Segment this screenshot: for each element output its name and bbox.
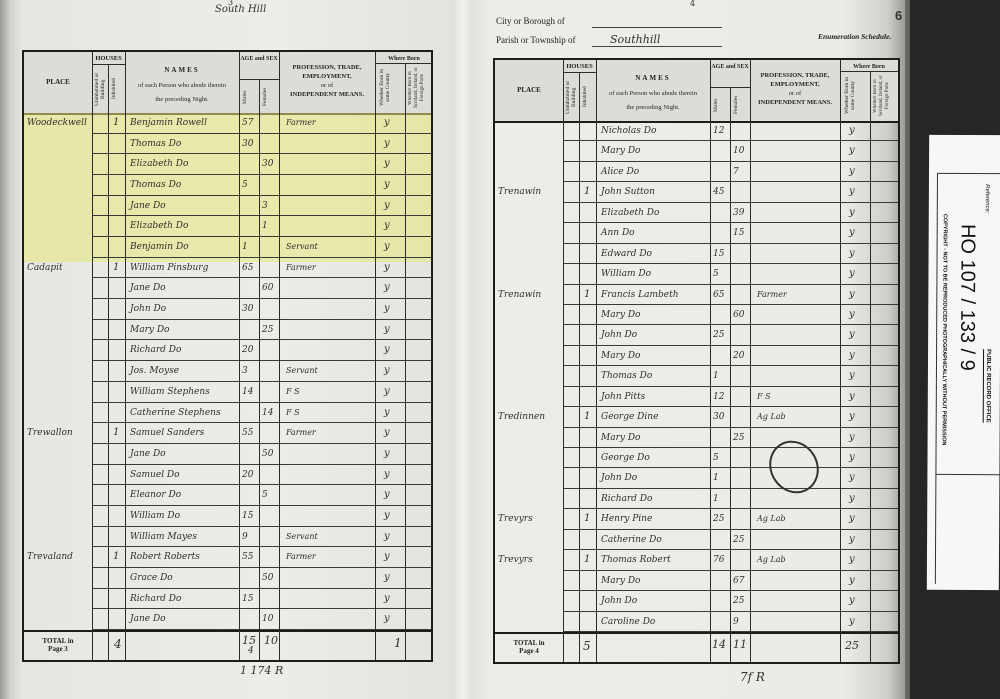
total-label-1: TOTAL in (24, 637, 92, 645)
right-census-table: PLACE HOUSES Uninhabited or Building Inh… (493, 58, 900, 664)
name-cell: John Do (601, 330, 637, 340)
male-age-cell: 55 (242, 552, 253, 562)
females-header: Females (262, 84, 276, 110)
table-row: Trenawin1Francis Lambeth65Farmery (495, 285, 898, 305)
name-cell: Richard Do (130, 594, 181, 604)
profession-cell: Ag Lab (757, 514, 786, 523)
same-county-cell: y (849, 186, 855, 197)
table-row: Cadapit1William Pinsburg65Farmery (24, 258, 431, 279)
table-row: Elizabeth Do30y (24, 154, 431, 175)
houses-header: HOUSES (563, 63, 596, 71)
name-cell: George Do (601, 453, 650, 463)
table-row: Benjamin Do1Servanty (24, 237, 431, 258)
female-age-cell: 9 (733, 617, 739, 627)
parish-township-field (592, 46, 722, 47)
table-row: Trewallon1Samuel Sanders55Farmery (24, 423, 431, 444)
name-cell: William Stephens (130, 387, 210, 397)
male-age-cell: 30 (242, 304, 253, 314)
total-inhabited: 4 (114, 637, 122, 651)
female-age-cell: 60 (733, 310, 744, 320)
profession-cell: F S (757, 392, 771, 401)
same-county-cell: y (384, 365, 390, 376)
table-row: Catherine Do25y (495, 530, 898, 550)
parish-township-label: Parish or Township of (496, 35, 575, 45)
table-row: Mary Do10y (495, 141, 898, 161)
male-age-cell: 30 (713, 412, 724, 422)
name-cell: Grace Do (130, 573, 173, 583)
profession-header-1: PROFESSION, TRADE, (279, 64, 375, 72)
male-age-cell: 25 (713, 330, 724, 340)
female-age-cell: 60 (262, 283, 273, 293)
same-county-cell: y (849, 493, 855, 504)
same-county-cell: y (849, 391, 855, 402)
inhabited-cell: 1 (113, 117, 119, 128)
names-subheader-1: of each Person who abode therein (125, 82, 239, 90)
place-cell: Cadapit (27, 263, 63, 273)
name-cell: Thomas Robert (601, 555, 671, 565)
table-row: Trevyrs1Thomas Robert76Ag Laby (495, 550, 898, 570)
same-county-cell: y (849, 145, 855, 156)
inhabited-cell: 1 (584, 186, 590, 197)
same-county-cell: y (849, 227, 855, 238)
inhabited-cell: 1 (584, 289, 590, 300)
female-age-cell: 10 (262, 614, 273, 624)
same-county-cell: y (849, 350, 855, 361)
name-cell: William Mayes (130, 532, 197, 542)
place-cell: Trevaland (27, 552, 73, 562)
profession-header-2: EMPLOYMENT, (279, 73, 375, 81)
name-cell: Samuel Do (130, 470, 180, 480)
profession-cell: Farmer (286, 428, 316, 437)
name-cell: Samuel Sanders (130, 428, 204, 438)
same-county-cell: y (849, 268, 855, 279)
male-age-cell: 30 (242, 139, 253, 149)
place-cell: Tredinnen (498, 412, 545, 422)
male-age-cell: 55 (242, 428, 253, 438)
male-age-cell: 12 (713, 126, 724, 136)
male-age-cell: 15 (242, 594, 253, 604)
name-cell: Mary Do (601, 310, 640, 320)
name-cell: William Pinsburg (130, 263, 208, 273)
name-cell: Mary Do (601, 351, 640, 361)
table-row: Nicholas Do12y (495, 121, 898, 141)
same-county-cell: y (849, 125, 855, 136)
name-cell: John Sutton (601, 187, 655, 197)
inhabited-cell: 1 (113, 551, 119, 562)
profession-cell: F S (286, 387, 300, 396)
same-county-cell: y (849, 472, 855, 483)
name-cell: Thomas Do (130, 180, 181, 190)
table-row: Trevaland1Robert Roberts55Farmery (24, 547, 431, 568)
inhabited-cell: 1 (584, 554, 590, 565)
total-same-county: 25 (845, 639, 859, 652)
name-cell: Catherine Stephens (130, 408, 221, 418)
names-subheader-1: of each Person who abode therein (596, 90, 710, 98)
same-county-cell: y (849, 309, 855, 320)
female-age-cell: 25 (262, 325, 273, 335)
table-row: Jane Do50y (24, 444, 431, 465)
foreign-parts-header: Whether Born in Scotland, Ireland, or Fo… (873, 74, 895, 118)
name-cell: Jane Do (130, 283, 166, 293)
female-age-cell: 5 (262, 490, 268, 500)
name-cell: John Do (601, 596, 637, 606)
inhabited-cell: 1 (113, 262, 119, 273)
age-sex-header: AGE and SEX (239, 55, 279, 63)
name-cell: Henry Pine (601, 514, 652, 524)
table-row: Thomas Do1y (495, 366, 898, 386)
table-row: Mary Do20y (495, 346, 898, 366)
profession-header-3: or of (750, 90, 840, 98)
table-row: Ann Do15y (495, 223, 898, 243)
name-cell: Benjamin Do (130, 242, 189, 252)
names-header: NAMES (596, 74, 710, 82)
male-age-cell: 1 (713, 494, 719, 504)
left-census-table: PLACE HOUSES Uninhabited or Building Inh… (22, 50, 433, 662)
place-cell: Trenawin (498, 290, 541, 300)
name-cell: Jane Do (130, 614, 166, 624)
name-cell: Nicholas Do (601, 126, 656, 136)
table-row: William Mayes9Servanty (24, 527, 431, 548)
total-females: 11 (733, 638, 747, 651)
table-row: Elizabeth Do1y (24, 216, 431, 237)
female-age-cell: 15 (733, 228, 744, 238)
same-county-cell: y (384, 220, 390, 231)
name-cell: Robert Roberts (130, 552, 200, 562)
inhabited-header: Inhabited (111, 67, 123, 111)
name-cell: Elizabeth Do (130, 221, 188, 231)
same-county-cell: y (384, 572, 390, 583)
same-county-cell: y (849, 329, 855, 340)
same-county-cell: y (384, 138, 390, 149)
table-row: Caroline Do9y (495, 612, 898, 632)
houses-header: HOUSES (92, 55, 125, 63)
name-cell: Jane Do (130, 201, 166, 211)
left-footnote: 1 174 R (240, 664, 283, 677)
profession-cell: Servant (286, 366, 318, 375)
same-county-cell: y (849, 248, 855, 259)
male-age-cell: 9 (242, 532, 248, 542)
left-table-header: PLACE HOUSES Uninhabited or Building Inh… (24, 52, 431, 115)
name-cell: Jos. Moyse (130, 366, 179, 376)
table-row: Grace Do50y (24, 568, 431, 589)
name-cell: John Pitts (601, 392, 645, 402)
inhabited-cell: 1 (113, 427, 119, 438)
name-cell: Mary Do (601, 433, 640, 443)
male-age-cell: 20 (242, 345, 253, 355)
male-age-cell: 1 (242, 242, 248, 252)
name-cell: Richard Do (601, 494, 652, 504)
name-cell: Alice Do (601, 167, 639, 177)
name-cell: Elizabeth Do (601, 208, 659, 218)
male-age-cell: 25 (713, 514, 724, 524)
same-county-cell: y (384, 241, 390, 252)
name-cell: Ann Do (601, 228, 635, 238)
profession-cell: Ag Lab (757, 412, 786, 421)
table-row: Thomas Do5y (24, 175, 431, 196)
reference-code: HO 107 / 133 / 9 (955, 224, 979, 371)
male-age-cell: 5 (242, 180, 248, 190)
table-row: Jos. Moyse3Servanty (24, 361, 431, 382)
table-row: Thomas Do30y (24, 134, 431, 155)
female-age-cell: 7 (733, 167, 739, 177)
table-row: William Do15y (24, 506, 431, 527)
right-table-header: PLACE HOUSES Uninhabited or Building Inh… (495, 60, 898, 123)
place-cell: Woodeckwell (27, 118, 87, 128)
name-cell: Edward Do (601, 249, 652, 259)
male-age-cell: 20 (242, 470, 253, 480)
record-office-label: PUBLIC RECORD OFFICE (985, 349, 991, 423)
female-age-cell: 20 (733, 351, 744, 361)
names-subheader-2: the preceding Night. (596, 104, 710, 112)
table-row: Tredinnen1George Dine30Ag Laby (495, 407, 898, 427)
female-age-cell: 10 (733, 146, 744, 156)
where-born-header: Where Born (375, 55, 433, 63)
table-row: Richard Do20y (24, 340, 431, 361)
city-borough-label: City or Borough of (496, 16, 565, 26)
same-county-cell: y (384, 262, 390, 273)
total-inhabited: 5 (583, 639, 591, 653)
total-males-sub: 4 (248, 646, 254, 656)
uninhabited-header: Uninhabited or Building (565, 75, 577, 119)
table-row: Mary Do25y (24, 320, 431, 341)
male-age-cell: 12 (713, 392, 724, 402)
place-header: PLACE (24, 78, 92, 86)
parish-value: Southhill (610, 33, 660, 46)
name-cell: Jane Do (130, 449, 166, 459)
same-county-cell: y (849, 575, 855, 586)
name-cell: Francis Lambeth (601, 290, 678, 300)
left-total-row: TOTAL in Page 3 4 15 4 10 1 (24, 630, 431, 662)
scale-ruler (936, 474, 1000, 585)
copyright-notice: COPYRIGHT - NOT TO BE REPRODUCED PHOTOGR… (941, 214, 948, 445)
name-cell: Mary Do (130, 325, 169, 335)
male-age-cell: 5 (713, 269, 719, 279)
table-row: William Stephens14F Sy (24, 382, 431, 403)
table-row: Mary Do60y (495, 305, 898, 325)
same-county-cell: y (849, 554, 855, 565)
left-page-number: 3 (228, 0, 233, 7)
name-cell: Mary Do (601, 146, 640, 156)
names-subheader-2: the preceding Night. (125, 96, 239, 104)
same-county-cell: y (849, 166, 855, 177)
name-cell: William Do (601, 269, 651, 279)
male-age-cell: 65 (242, 263, 253, 273)
total-label-2: Page 4 (495, 647, 563, 655)
male-age-cell: 15 (713, 249, 724, 259)
place-cell: Trevyrs (498, 555, 533, 565)
profession-cell: Farmer (757, 290, 787, 299)
table-row: Jane Do3y (24, 196, 431, 217)
males-header: Males (713, 92, 727, 118)
same-county-cell: y (849, 432, 855, 443)
same-county-cell: y (849, 595, 855, 606)
place-cell: Trevyrs (498, 514, 533, 524)
same-county-cell: y (384, 200, 390, 211)
table-row: Mary Do67y (495, 571, 898, 591)
male-age-cell: 15 (242, 511, 253, 521)
name-cell: Elizabeth Do (130, 159, 188, 169)
place-cell: Trewallon (27, 428, 73, 438)
profession-cell: F S (286, 408, 300, 417)
table-row: Samuel Do20y (24, 465, 431, 486)
same-county-cell: y (384, 407, 390, 418)
same-county-cell: y (384, 489, 390, 500)
name-cell: Thomas Do (130, 139, 181, 149)
reference-label: Reference: (984, 184, 990, 213)
table-row: John Do1y (495, 468, 898, 488)
male-age-cell: 14 (242, 387, 253, 397)
folio-number: 6 (895, 8, 902, 23)
table-row: John Do30y (24, 299, 431, 320)
inhabited-cell: 1 (584, 513, 590, 524)
same-county-cell: y (849, 411, 855, 422)
table-row: Eleanor Do5y (24, 485, 431, 506)
inhabited-header: Inhabited (582, 75, 594, 119)
table-row: John Do25y (495, 325, 898, 345)
name-cell: Thomas Do (601, 371, 652, 381)
male-age-cell: 65 (713, 290, 724, 300)
male-age-cell: 5 (713, 453, 719, 463)
same-county-cell: y (384, 386, 390, 397)
table-row: Elizabeth Do39y (495, 203, 898, 223)
profession-cell: Servant (286, 532, 318, 541)
table-row: Richard Do1y (495, 489, 898, 509)
female-age-cell: 30 (262, 159, 273, 169)
foreign-parts-header: Whether Born in Scotland, Ireland, or Fo… (408, 66, 430, 110)
female-age-cell: 3 (262, 201, 268, 211)
same-county-cell: y (384, 613, 390, 624)
same-county-cell: y (384, 593, 390, 604)
same-county-cell: y (384, 158, 390, 169)
name-cell: Benjamin Rowell (130, 118, 207, 128)
same-county-cell: y (384, 531, 390, 542)
names-header: NAMES (125, 66, 239, 74)
right-page-number: 4 (690, 0, 695, 8)
name-cell: John Do (601, 473, 637, 483)
same-county-header: Whether Born in same County (844, 74, 864, 118)
male-age-cell: 3 (242, 366, 248, 376)
table-row: Richard Do15y (24, 589, 431, 610)
female-age-cell: 25 (733, 433, 744, 443)
male-age-cell: 1 (713, 371, 719, 381)
same-county-cell: y (384, 551, 390, 562)
name-cell: Mary Do (601, 576, 640, 586)
name-cell: George Dine (601, 412, 658, 422)
left-page-heading: South Hill (215, 4, 266, 15)
female-age-cell: 25 (733, 596, 744, 606)
profession-header-3: or of (279, 82, 375, 90)
city-borough-field (592, 27, 722, 28)
same-county-header: Whether Born in same County (379, 66, 399, 110)
right-footnote: 7f R (740, 670, 765, 684)
same-county-cell: y (849, 289, 855, 300)
table-row: Woodeckwell1Benjamin Rowell57Farmery (24, 113, 431, 134)
total-males: 14 (712, 638, 726, 651)
table-row: Jane Do10y (24, 609, 431, 630)
profession-header-4: INDEPENDENT MEANS. (279, 91, 375, 99)
table-row: Jane Do60y (24, 278, 431, 299)
male-age-cell: 1 (713, 473, 719, 483)
where-born-header: Where Born (840, 63, 898, 71)
enumeration-schedule-label: Enumeration Schedule. (818, 32, 891, 41)
same-county-cell: y (849, 207, 855, 218)
name-cell: Caroline Do (601, 617, 655, 627)
female-age-cell: 39 (733, 208, 744, 218)
table-row: John Do25y (495, 591, 898, 611)
uninhabited-header: Uninhabited or Building (94, 67, 106, 111)
table-row: John Pitts12F Sy (495, 387, 898, 407)
same-county-cell: y (849, 370, 855, 381)
table-row: William Do5y (495, 264, 898, 284)
females-header: Females (733, 92, 747, 118)
profession-cell: Farmer (286, 263, 316, 272)
female-age-cell: 14 (262, 408, 273, 418)
page-gutter (452, 0, 474, 699)
same-county-cell: y (849, 452, 855, 463)
same-county-cell: y (384, 469, 390, 480)
table-row: Alice Do7y (495, 162, 898, 182)
profession-cell: Farmer (286, 118, 316, 127)
inhabited-cell: 1 (584, 411, 590, 422)
same-county-cell: y (384, 427, 390, 438)
profession-header-1: PROFESSION, TRADE, (750, 72, 840, 80)
same-county-cell: y (384, 282, 390, 293)
total-label-2: Page 3 (24, 645, 92, 653)
table-row: Trevyrs1Henry Pine25Ag Laby (495, 509, 898, 529)
same-county-cell: y (849, 534, 855, 545)
reference-card: Reference: HO 107 / 133 / 9 PUBLIC RECOR… (927, 135, 1000, 590)
same-county-cell: y (384, 448, 390, 459)
age-sex-header: AGE and SEX (710, 63, 750, 71)
right-total-row: TOTAL in Page 4 5 14 11 25 (495, 632, 898, 664)
profession-cell: Servant (286, 242, 318, 251)
male-age-cell: 57 (242, 118, 253, 128)
same-county-cell: y (384, 344, 390, 355)
males-header: Males (242, 84, 256, 110)
profession-header-4: INDEPENDENT MEANS. (750, 99, 840, 107)
table-row: Mary Do25y (495, 428, 898, 448)
name-cell: Eleanor Do (130, 490, 181, 500)
table-row: George Do5y (495, 448, 898, 468)
total-females: 10 (264, 634, 278, 647)
female-age-cell: 50 (262, 573, 273, 583)
table-row: Trenawin1John Sutton45y (495, 182, 898, 202)
name-cell: William Do (130, 511, 180, 521)
same-county-cell: y (849, 616, 855, 627)
table-row: Catherine Stephens14F Sy (24, 403, 431, 424)
female-age-cell: 50 (262, 449, 273, 459)
same-county-cell: y (384, 303, 390, 314)
female-age-cell: 25 (733, 535, 744, 545)
profession-header-2: EMPLOYMENT, (750, 81, 840, 89)
profession-cell: Ag Lab (757, 555, 786, 564)
same-county-cell: y (384, 117, 390, 128)
female-age-cell: 1 (262, 221, 268, 231)
same-county-cell: y (849, 513, 855, 524)
table-row: Edward Do15y (495, 244, 898, 264)
place-header: PLACE (495, 86, 563, 94)
same-county-cell: y (384, 324, 390, 335)
total-same-county: 1 (394, 636, 402, 650)
name-cell: John Do (130, 304, 166, 314)
male-age-cell: 76 (713, 555, 724, 565)
total-label-1: TOTAL in (495, 639, 563, 647)
female-age-cell: 67 (733, 576, 744, 586)
profession-cell: Farmer (286, 552, 316, 561)
same-county-cell: y (384, 179, 390, 190)
name-cell: Catherine Do (601, 535, 662, 545)
male-age-cell: 45 (713, 187, 724, 197)
